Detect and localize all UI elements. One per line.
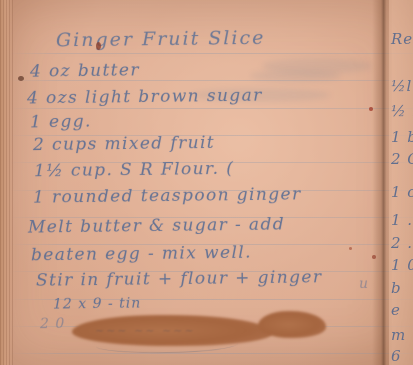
- adjacent-page-fragment: b: [391, 279, 402, 297]
- ruled-line: [9, 353, 413, 354]
- adjacent-page-fragment: 1 c: [391, 183, 413, 201]
- ingredient-line: 2 cups mixed fruit: [33, 133, 215, 155]
- method-line: Melt butter & sugar - add: [28, 214, 285, 237]
- adjacent-page-fragment: 1 0: [391, 256, 413, 274]
- ruled-line: [9, 53, 413, 54]
- stain-speck: [18, 76, 24, 81]
- page-edge-left: [0, 0, 14, 365]
- ingredient-line: 1 egg.: [30, 112, 92, 133]
- adjacent-page-fragment: 1 b: [391, 128, 413, 146]
- stain-speck: [96, 42, 101, 50]
- margin-mark: u: [359, 276, 369, 292]
- ingredient-line: 4 oz butter: [30, 60, 140, 81]
- adjacent-page: Reg ½lb ½ b 1 b 2 C 1 c 1 . 2 . 1 0 b e …: [389, 0, 413, 365]
- adjacent-page-fragment: e: [391, 301, 401, 319]
- adjacent-page-fragment: Reg: [391, 30, 413, 48]
- adjacent-page-fragment: 1 .: [391, 211, 413, 229]
- ingredient-line: 1 rounded teaspoon ginger: [33, 184, 302, 207]
- stain-speck: [349, 247, 352, 250]
- ingredient-line: 4 ozs light brown sugar: [27, 86, 263, 109]
- recipe-photo: Ginger Fruit Slice 4 oz butter 4 ozs lig…: [0, 0, 413, 365]
- obscured-writing: ~~~ ~~ ~~~: [95, 324, 196, 337]
- adjacent-page-fragment: m: [391, 326, 406, 344]
- method-line: beaten egg - mix well.: [31, 243, 252, 266]
- adjacent-page-fragment: 6: [391, 347, 402, 365]
- adjacent-page-fragment: 2 C: [391, 150, 413, 168]
- recipe-title: Ginger Fruit Slice: [56, 27, 266, 52]
- ingredient-line: 1½ cup. S R Flour. (: [34, 159, 234, 181]
- adjacent-page-fragment: ½lb: [391, 77, 413, 95]
- method-line: Stir in fruit + flour + ginger: [36, 267, 323, 290]
- adjacent-page-fragment: 2 .: [391, 234, 413, 252]
- method-line: 12 x 9 - tin: [53, 295, 141, 312]
- ink-stain: [258, 311, 326, 338]
- obscured-line-prefix: 2 0: [40, 316, 65, 332]
- bleed-through-smudge: [250, 70, 340, 82]
- adjacent-page-fragment: ½ b: [391, 102, 413, 120]
